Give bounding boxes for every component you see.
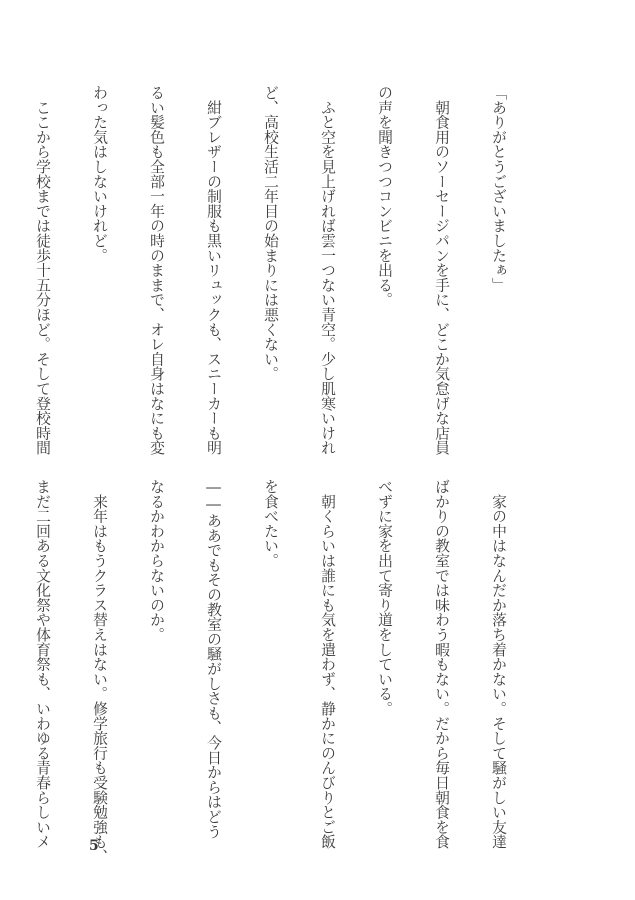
text-column: ばかりの教室では味わう暇もない。だから毎日朝食を食	[432, 479, 451, 811]
text-column: 来年はもうクラス替えはない。修学旅行も受験勉強も、	[90, 479, 109, 811]
text-column: 朝くらいは誰にも気を遣わず、静かにのんびりとご飯	[318, 479, 337, 811]
text-column: ここから学校までは徒歩十五分ほど。そして登校時間	[33, 85, 52, 417]
text-column: わった気はしないけれど。	[90, 85, 109, 417]
text-column: 紺ブレザーの制服も黒いリュックも、スニーカーも明	[204, 85, 223, 417]
top-text-block: 「ありがとうございましたぁ」 朝食用のソーセージパンを手に、どこか気怠げな店員 …	[90, 85, 546, 417]
book-page: 「ありがとうございましたぁ」 朝食用のソーセージパンを手に、どこか気怠げな店員 …	[0, 0, 635, 900]
page-number: 5	[89, 838, 99, 854]
text-column: 朝食用のソーセージパンを手に、どこか気怠げな店員	[432, 85, 451, 417]
bottom-text-block: 家の中はなんだか落ち着かない。そして騒がしい友達 ばかりの教室では味わう暇もない…	[90, 479, 546, 811]
text-column: なるかわからないのか。	[147, 479, 166, 811]
text-column: るい髪色も全部一年の時のままで、オレ自身はなにも変	[147, 85, 166, 417]
text-column: ど、高校生活二年目の始まりには悪くない。	[261, 85, 280, 417]
text-column: を食べたい。	[261, 479, 280, 811]
text-column: 「ありがとうございましたぁ」	[489, 85, 508, 417]
text-column: の声を聞きつつコンビニを出る。	[375, 85, 394, 417]
text-column: 家の中はなんだか落ち着かない。そして騒がしい友達	[489, 479, 508, 811]
text-column: ふと空を見上げれば雲一つない青空。少し肌寒いけれ	[318, 85, 337, 417]
text-column: べずに家を出て寄り道をしている。	[375, 479, 394, 811]
text-column: ――ああでもその教室の騒がしさも、今日からはどう	[204, 479, 223, 811]
text-column: まだ二回ある文化祭や体育祭も、いわゆる青春らしいメ	[33, 479, 52, 811]
